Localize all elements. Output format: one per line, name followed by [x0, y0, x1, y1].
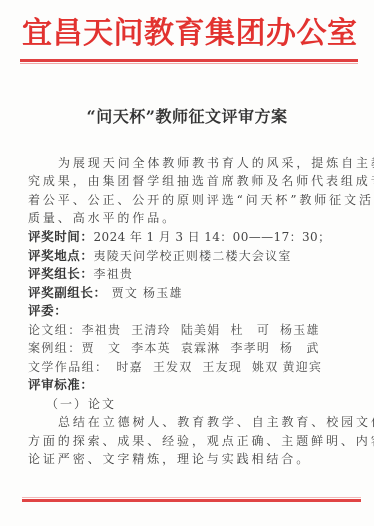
- field-deputy-label: 评奖副组长：: [28, 285, 107, 300]
- footer-rule-thick: [22, 499, 361, 502]
- judge-group-name: 论文组：: [28, 323, 82, 337]
- judge-group-name: 文学作品组：: [28, 360, 108, 374]
- field-place-label: 评奖地点：: [28, 248, 94, 263]
- field-time-value: 2024 年 1 月 3 日 14：00——17：30；: [94, 230, 331, 244]
- section-line-1: 总结在立德树人、教育教学、自主教育、校园文化建设等: [58, 414, 374, 430]
- judge-member: 王友现: [202, 359, 242, 375]
- judge-group-literature: 文学作品组：时嘉王发双王友现姚双黄迎宾: [28, 359, 332, 375]
- field-time-label: 评奖时间：: [28, 229, 94, 244]
- intro-line-3: 着公平、公正、公开的原则评选“问天杯”教师征文活动中高: [28, 192, 374, 208]
- field-leader: 评奖组长：李祖贵: [28, 266, 133, 282]
- judge-member: 陆美娟: [181, 322, 221, 338]
- field-place: 评奖地点：夷陵天问学校正则楼二楼大会议室: [28, 248, 292, 264]
- footer-rule-thin: [22, 497, 361, 498]
- judge-group-name: 案例组：: [28, 341, 82, 355]
- section-line-2: 方面的探索、成果、经验，观点正确、主题鲜明、内容充实、: [28, 433, 374, 449]
- judge-member: 王清玲: [131, 322, 171, 338]
- intro-line-4: 质量、高水平的作品。: [28, 210, 177, 226]
- field-place-value: 夷陵天问学校正则楼二楼大会议室: [94, 249, 292, 263]
- field-judges-label: 评委：: [28, 303, 67, 318]
- document-title: “问天杯”教师征文评审方案: [0, 107, 374, 127]
- judge-member: 王发双: [153, 359, 193, 375]
- judge-member: 杨玉雄: [280, 322, 320, 338]
- section-line-3: 论证严密、文字精炼，理论与实践相结合。: [28, 451, 311, 467]
- section-heading: （一）论文: [46, 396, 116, 412]
- judge-member: 杨 武: [280, 340, 320, 356]
- judge-member: 姚双: [252, 359, 278, 375]
- letterhead-org-name: 宜昌天问教育集团办公室: [22, 14, 354, 54]
- judge-member: 李孝明: [230, 340, 270, 356]
- judge-member: 李祖贵: [82, 322, 122, 338]
- field-deputy: 评奖副组长： 贾文 杨玉雄: [28, 285, 183, 301]
- field-leader-label: 评奖组长：: [28, 266, 94, 281]
- field-judges: 评委：: [28, 303, 67, 319]
- judge-member: 李本英: [131, 340, 171, 356]
- judge-group-essay: 论文组：李祖贵王清玲陆美娟杜 可杨玉雄: [28, 322, 330, 338]
- field-criteria-label: 评审标准：: [28, 377, 94, 392]
- field-leader-value: 李祖贵: [94, 267, 134, 281]
- judge-group-case: 案例组：贾 文李本英袁霖淋李孝明杨 武: [28, 340, 330, 356]
- letterhead-rule-thin: [20, 63, 358, 64]
- judge-member: 杜 可: [230, 322, 270, 338]
- letterhead-rule-thick: [20, 59, 358, 62]
- intro-line-1: 为展现天问全体教师教书育人的风采，提炼自主教育的研: [58, 155, 374, 171]
- judge-member: 时嘉: [116, 359, 142, 375]
- field-deputy-value: 贾文 杨玉雄: [107, 286, 183, 300]
- judge-member: 袁霖淋: [181, 340, 221, 356]
- judge-member: 贾 文: [82, 340, 122, 356]
- field-time: 评奖时间：2024 年 1 月 3 日 14：00——17：30；: [28, 229, 331, 245]
- judge-member: 黄迎宾: [282, 359, 322, 375]
- intro-line-2: 究成果，由集团督学组抽选首席教师及名师代表组成专班，本: [28, 173, 374, 189]
- field-criteria: 评审标准：: [28, 377, 94, 393]
